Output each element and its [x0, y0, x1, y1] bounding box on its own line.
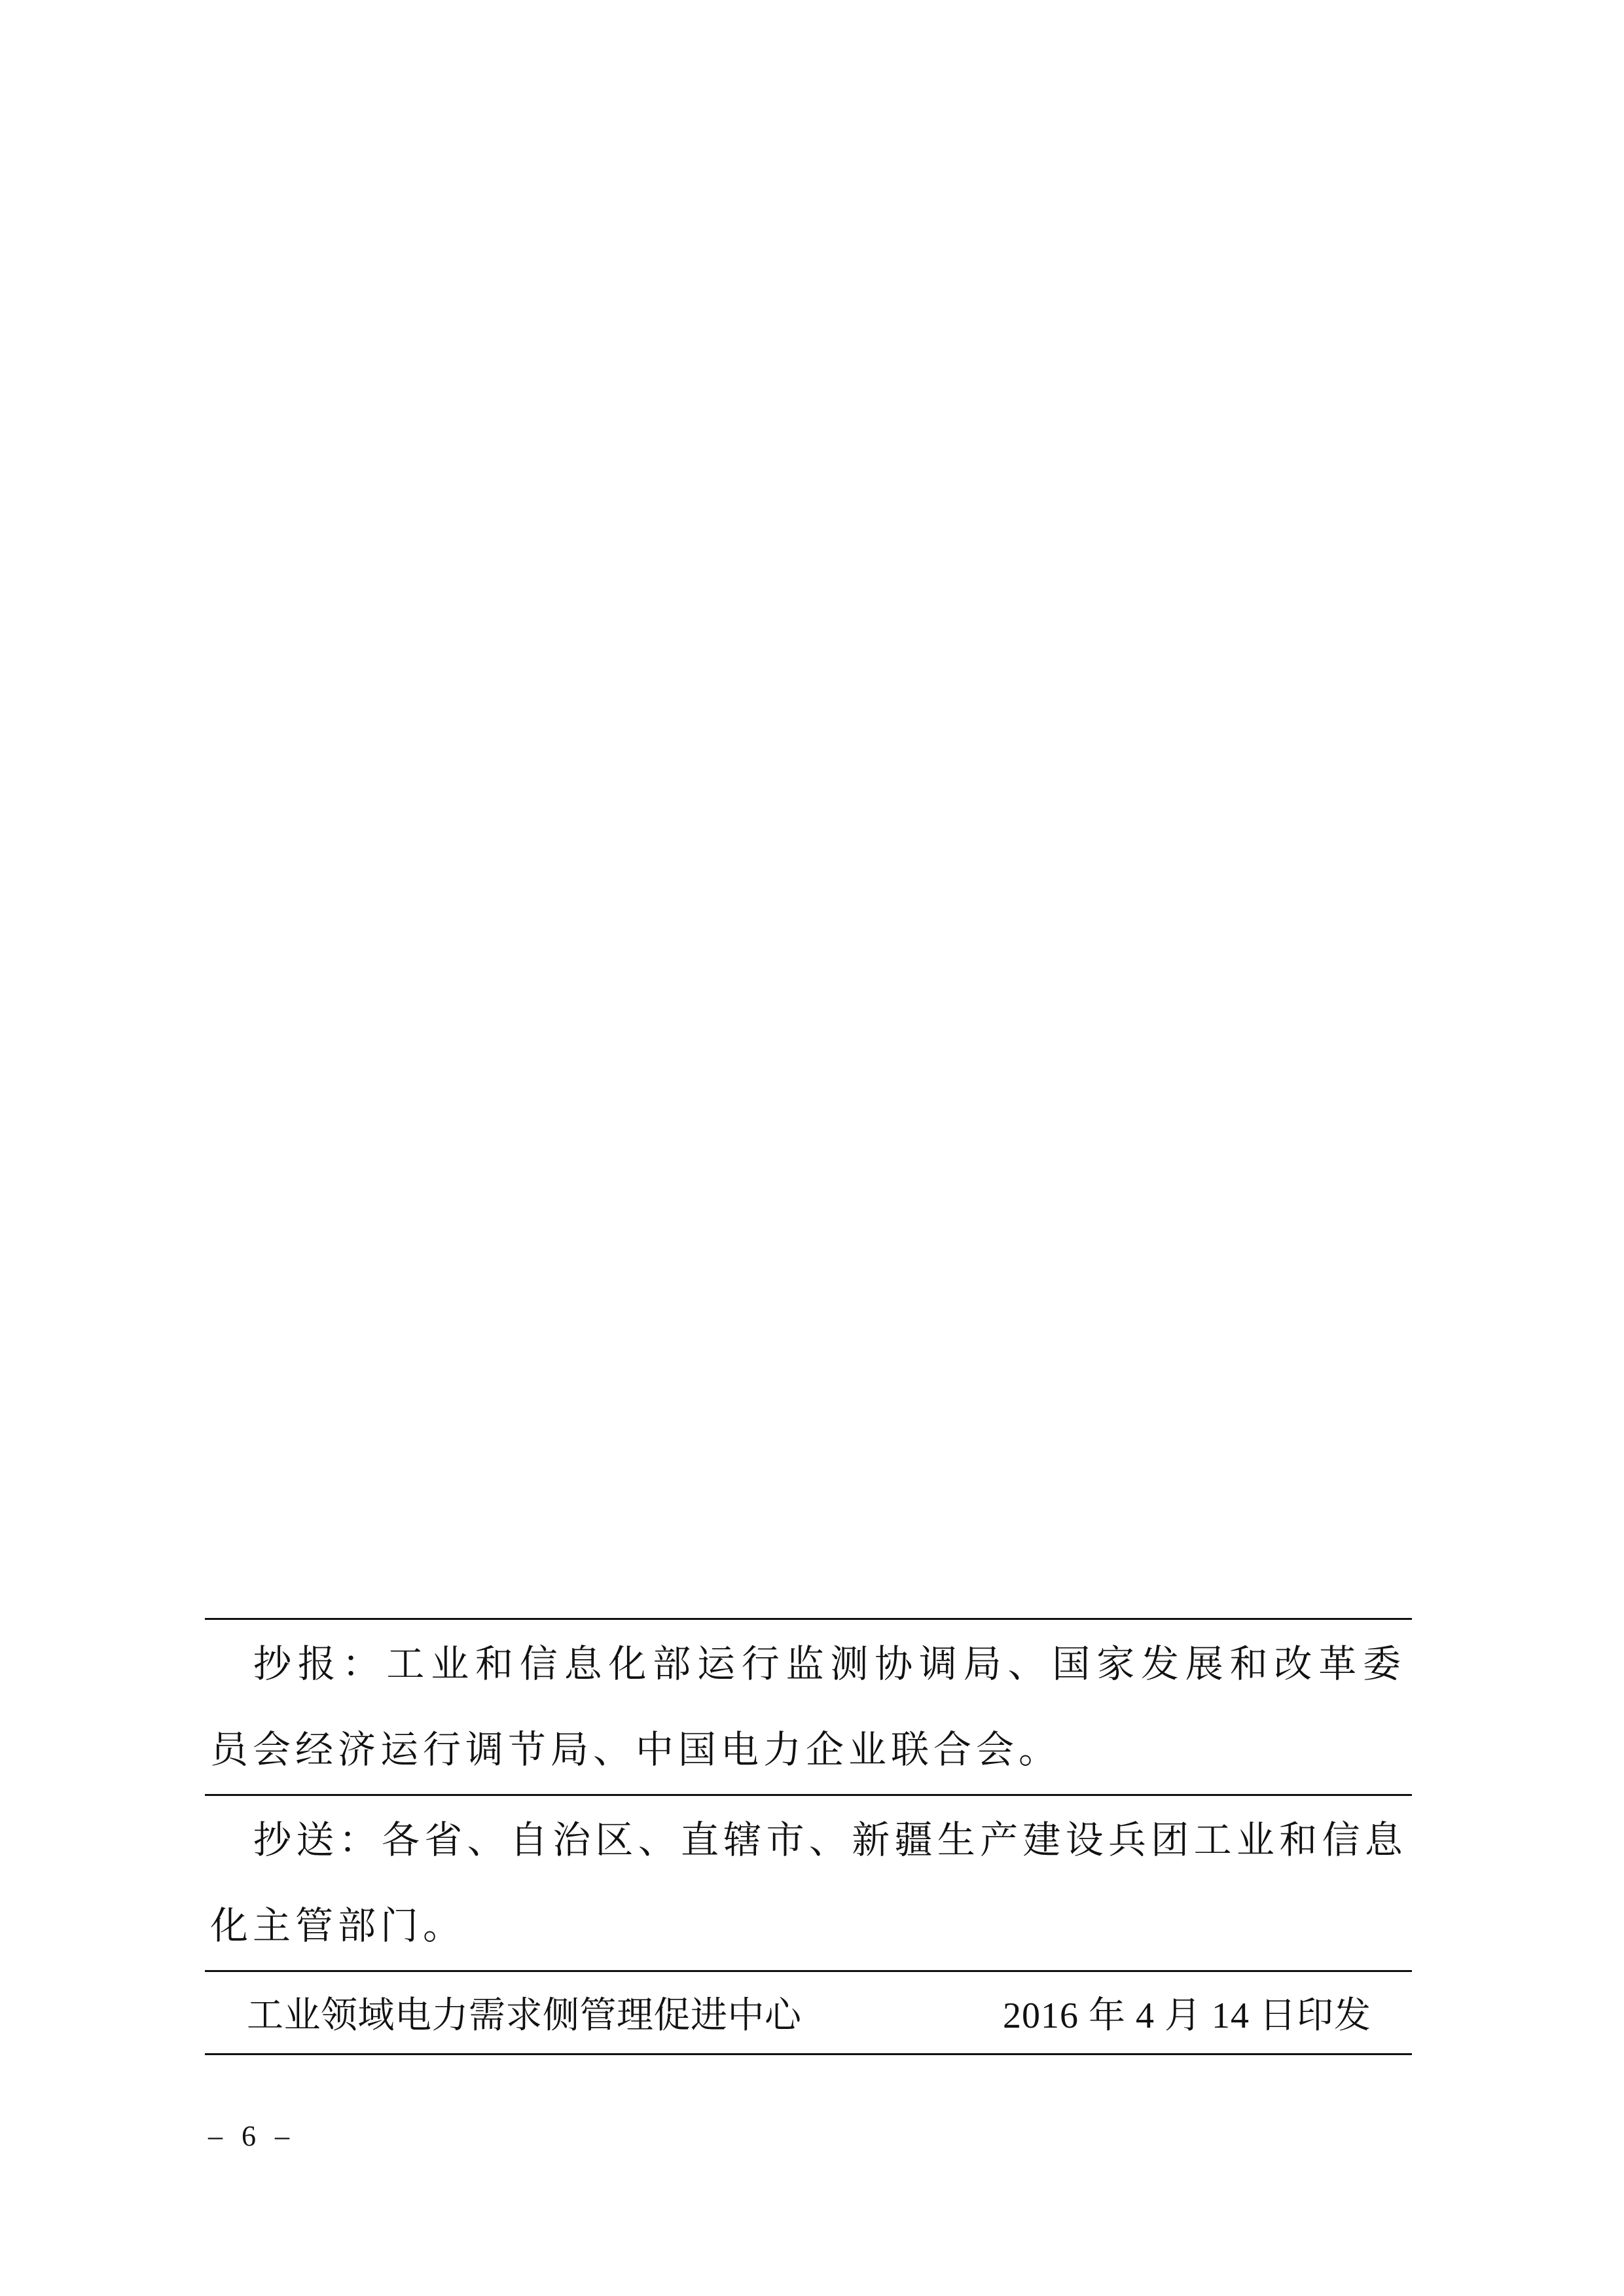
- document-page: 抄报：工业和信息化部运行监测协调局、国家发展和改革委 员会经济运行调节局、中国电…: [0, 0, 1624, 2296]
- colophon-block: 抄报：工业和信息化部运行监测协调局、国家发展和改革委 员会经济运行调节局、中国电…: [205, 1618, 1412, 2055]
- copy-report-row: 抄报：工业和信息化部运行监测协调局、国家发展和改革委 员会经济运行调节局、中国电…: [205, 1620, 1412, 1794]
- copy-report-line-2: 员会经济运行调节局、中国电力企业联合会。: [210, 1707, 1407, 1793]
- copy-report-line-1: 抄报：工业和信息化部运行监测协调局、国家发展和改革委: [210, 1621, 1407, 1707]
- copy-send-row: 抄送：各省、自治区、直辖市、新疆生产建设兵团工业和信息 化主管部门。: [205, 1796, 1412, 1970]
- page-number: – 6 –: [208, 2119, 295, 2153]
- colophon-bottom-rule: [205, 2053, 1412, 2055]
- copy-send-line-2: 化主管部门。: [210, 1883, 1407, 1969]
- copy-send-line-1: 抄送：各省、自治区、直辖市、新疆生产建设兵团工业和信息: [210, 1797, 1407, 1883]
- issuer-row: 工业领域电力需求侧管理促进中心 2016 年 4 月 14 日印发: [205, 1972, 1412, 2053]
- issuer-name: 工业领域电力需求侧管理促进中心: [247, 1986, 802, 2039]
- print-date: 2016 年 4 月 14 日印发: [1003, 1986, 1371, 2039]
